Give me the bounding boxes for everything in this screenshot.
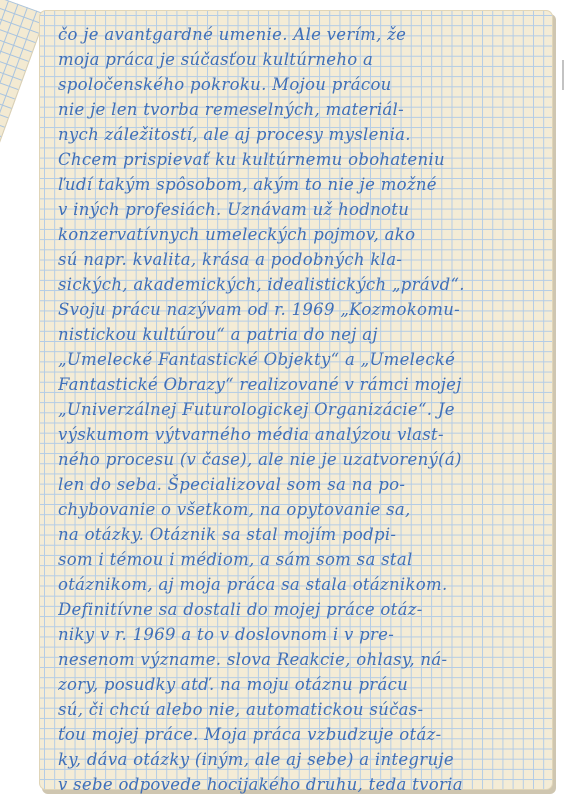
text-line: nie je len tvorba remeselných, materiál- <box>58 97 548 122</box>
text-line: na otázky. Otáznik sa stal mojím podpi- <box>58 522 548 547</box>
text-line: sických, akademických, idealistických „p… <box>58 272 548 297</box>
text-line: sú, či chcú alebo nie, automatickou súča… <box>58 697 548 722</box>
text-line: Svoju prácu nazývam od r. 1969 „Kozmokom… <box>58 297 548 322</box>
handwritten-text: čo je avantgardné umenie. Ale verím, že … <box>58 22 548 797</box>
text-line: ky, dáva otázky (iným, ale aj sebe) a in… <box>58 747 548 772</box>
text-line: spoločenského pokroku. Mojou prácou <box>58 72 548 97</box>
text-line: ľudí takým spôsobom, akým to nie je možn… <box>58 172 548 197</box>
text-line: „Umelecké Fantastické Objekty“ a „Umelec… <box>58 347 548 372</box>
scan-edge-mark <box>562 60 564 90</box>
text-line: nistickou kultúrou“ a patria do nej aj <box>58 322 548 347</box>
text-line: Fantastické Obrazy“ realizované v rámci … <box>58 372 548 397</box>
text-line: moja práca je súčasťou kultúrneho a <box>58 47 548 72</box>
text-line: ného procesu (v čase), ale nie je uzatvo… <box>58 447 548 472</box>
text-line: konzervatívnych umeleckých pojmov, ako <box>58 222 548 247</box>
text-line: v sebe odpovede hocijakého druhu, teda t… <box>58 772 548 797</box>
text-line: som i témou i médiom, a sám som sa stal <box>58 547 548 572</box>
text-line: Definitívne sa dostali do mojej práce ot… <box>58 597 548 622</box>
text-line: otáznikom, aj moja práca sa stala otázni… <box>58 572 548 597</box>
text-line: Chcem prispievať ku kultúrnemu obohateni… <box>58 147 548 172</box>
text-line: chybovanie o všetkom, na opytovanie sa, <box>58 497 548 522</box>
text-line: ťou mojej práce. Moja práca vzbudzuje ot… <box>58 722 548 747</box>
text-line: sú napr. kvalita, krása a podobných kla- <box>58 247 548 272</box>
text-line: „Univerzálnej Futurologickej Organizácie… <box>58 397 548 422</box>
text-line: v iných profesiách. Uznávam už hodnotu <box>58 197 548 222</box>
text-line: zory, posudky atď. na moju otáznu prácu <box>58 672 548 697</box>
text-line: čo je avantgardné umenie. Ale verím, že <box>58 22 548 47</box>
text-line: výskumom výtvarného média analýzou vlast… <box>58 422 548 447</box>
text-line: niky v r. 1969 a to v doslovnom i v pre- <box>58 622 548 647</box>
text-line: nesenom význame. slova Reakcie, ohlasy, … <box>58 647 548 672</box>
text-line: nych záležitostí, ale aj procesy mysleni… <box>58 122 548 147</box>
text-line: len do seba. Špecializoval som sa na po- <box>58 472 548 497</box>
